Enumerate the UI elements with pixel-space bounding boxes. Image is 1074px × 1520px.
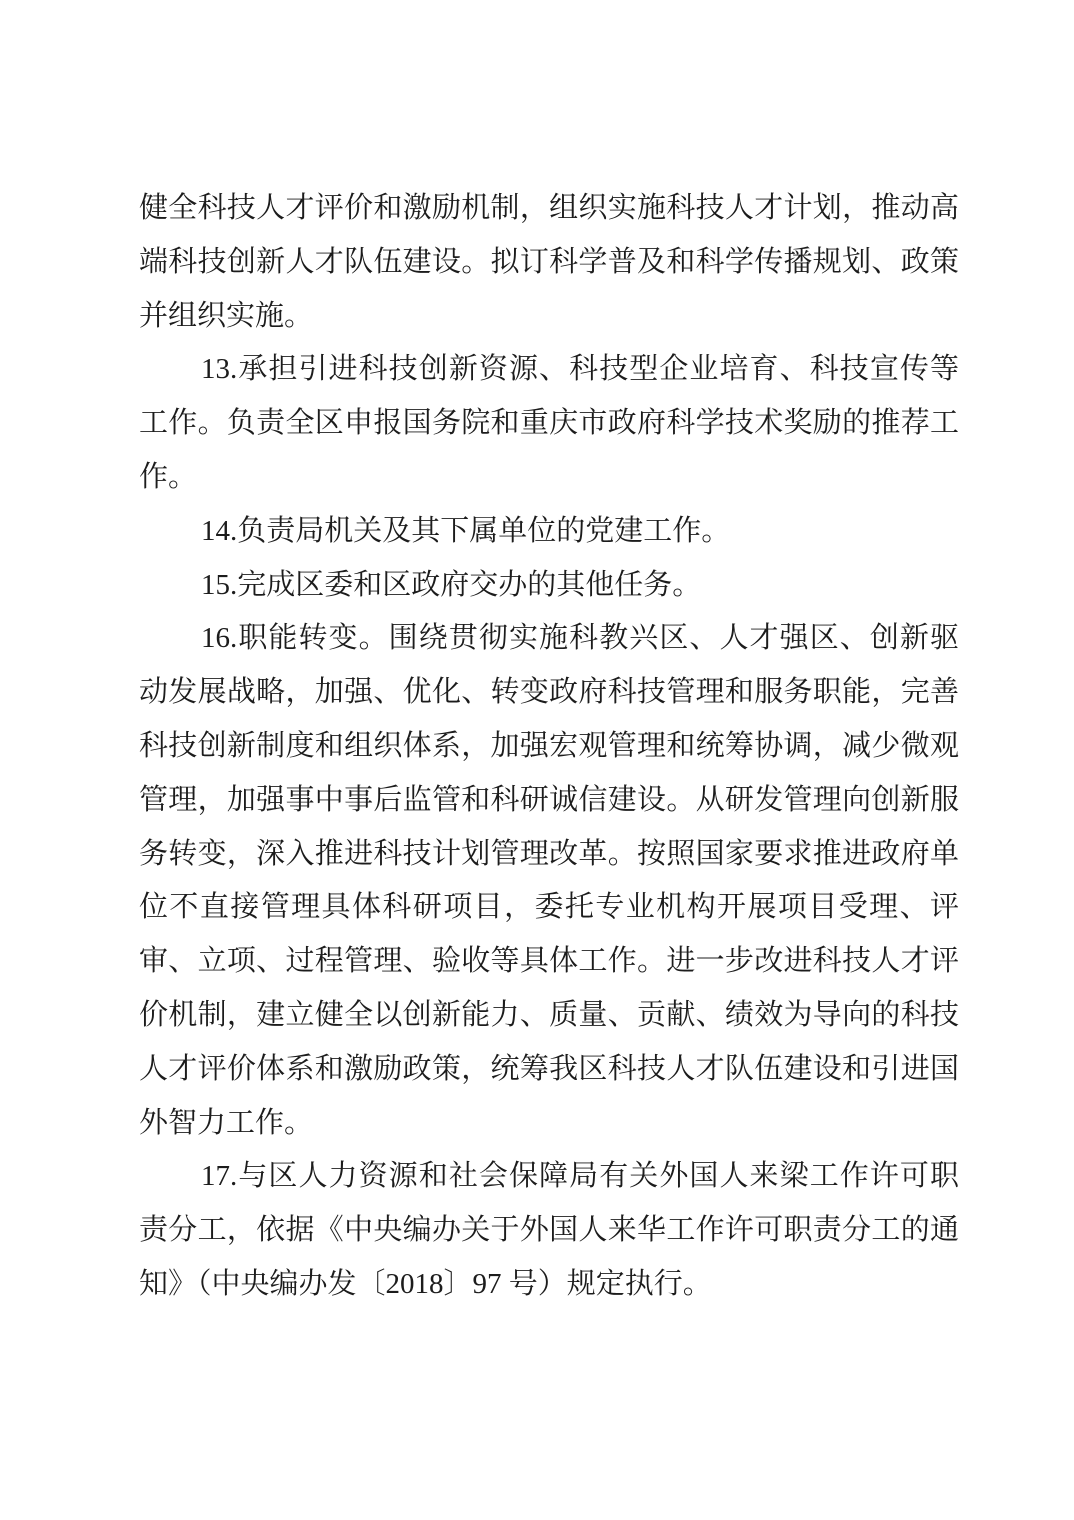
paragraph: 17.与区人力资源和社会保障局有关外国人来梁工作许可职责分工，依据《中央编办关于…: [139, 1150, 959, 1311]
document-body: 健全科技人才评价和激励机制，组织实施科技人才计划，推动高端科技创新人才队伍建设。…: [139, 182, 959, 1312]
paragraph: 16.职能转变。围绕贯彻实施科教兴区、人才强区、创新驱动发展战略，加强、优化、转…: [139, 612, 959, 1150]
paragraph: 13.承担引进科技创新资源、科技型企业培育、科技宣传等工作。负责全区申报国务院和…: [139, 343, 959, 504]
paragraph: 健全科技人才评价和激励机制，组织实施科技人才计划，推动高端科技创新人才队伍建设。…: [139, 182, 959, 343]
document-page: 健全科技人才评价和激励机制，组织实施科技人才计划，推动高端科技创新人才队伍建设。…: [0, 0, 1074, 1520]
paragraph: 14.负责局机关及其下属单位的党建工作。: [139, 505, 959, 559]
paragraph: 15.完成区委和区政府交办的其他任务。: [139, 559, 959, 613]
